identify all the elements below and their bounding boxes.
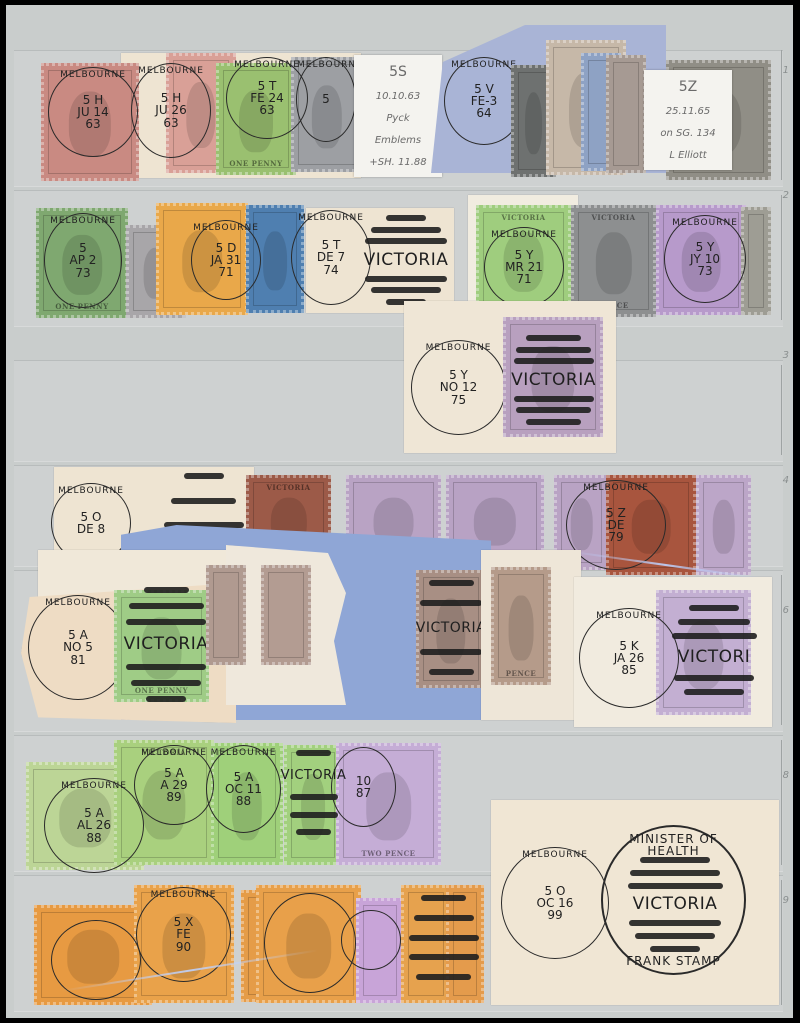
stamp-sepia[interactable] bbox=[261, 565, 311, 665]
margin-number: 6 bbox=[783, 605, 789, 616]
barred-cancel: VICTORI bbox=[664, 605, 764, 695]
postmark-pm21: MELBOURNE5 XFE90 bbox=[136, 887, 231, 982]
minister-of-health-frank-stamp: MINISTER OF HEALTH VICTORIA FRANK STAMP bbox=[601, 825, 746, 975]
stamp-violet[interactable] bbox=[696, 475, 751, 575]
postmark-pm4: MELBOURNE5 bbox=[296, 57, 356, 142]
postmark-pm7: MELBOURNE5 DJA 3171 bbox=[191, 220, 261, 300]
stamp-sepia[interactable] bbox=[206, 565, 246, 665]
barred-cancel: VICTORIA bbox=[361, 215, 451, 305]
postmark-pm16: MELBOURNE5 AAL 2688 bbox=[44, 778, 144, 873]
margin-rule bbox=[781, 575, 782, 725]
stamp-sepia[interactable]: PENCE bbox=[491, 567, 551, 685]
postmark-pm10: MELBOURNE5 YJY 1073 bbox=[664, 215, 746, 303]
postmark-pm19: 1087 bbox=[331, 747, 396, 827]
postmark-pm6: MELBOURNE5AP 273 bbox=[44, 213, 122, 308]
margin-rule bbox=[781, 195, 782, 320]
postmark-pm1: MELBOURNE5 HJU 1463 bbox=[48, 67, 138, 157]
postmark-partial bbox=[51, 920, 141, 1000]
stock-page: 1 2 3 4 6 8 9 ONE PENNY MELBOURNE5 HJU 1… bbox=[6, 5, 793, 1018]
postmark-pm11: MELBOURNE5 YNO 1275 bbox=[411, 340, 506, 435]
barred-cancel: VICTORIA bbox=[506, 335, 601, 425]
barred-cancel: VICTORIA bbox=[416, 580, 486, 675]
margin-rule bbox=[781, 365, 782, 455]
margin-number: 9 bbox=[783, 895, 789, 906]
margin-number: 2 bbox=[783, 190, 789, 201]
postmark-pm17: MELBOURNE5 AA 2989 bbox=[134, 745, 214, 825]
margin-number: 8 bbox=[783, 770, 789, 781]
barred-cancel: VICTORIA bbox=[116, 587, 216, 702]
postmark-partial bbox=[341, 910, 401, 970]
postmark-pm2: MELBOURNE5 HJU 2663 bbox=[131, 63, 211, 158]
stock-strip-3 bbox=[14, 360, 783, 462]
margin-number: 3 bbox=[783, 350, 789, 361]
margin-number: 1 bbox=[783, 65, 789, 76]
postmark-pm9: MELBOURNE5 YMR 2171 bbox=[484, 227, 564, 307]
stamp-lilac[interactable] bbox=[606, 55, 646, 173]
postmark-pm20: MELBOURNE5 OOC 1699 bbox=[501, 847, 609, 959]
postmark-pm14: MELBOURNE5 ANO 581 bbox=[28, 595, 128, 700]
postmark-pm8: MELBOURNE5 TDE 774 bbox=[291, 210, 371, 305]
annotation-note-2: 5Z 25.11.65 on SG. 134 L Elliott bbox=[644, 70, 732, 170]
barred-cancel bbox=[161, 473, 246, 528]
barred-cancel bbox=[406, 895, 481, 980]
margin-number: 4 bbox=[783, 475, 789, 486]
postmark-pm18: MELBOURNE5 AOC 1188 bbox=[206, 745, 281, 833]
annotation-note-1: 5S 10.10.63 Pyck Emblems +SH. 11.88 bbox=[354, 55, 442, 177]
margin-rule bbox=[781, 740, 782, 865]
